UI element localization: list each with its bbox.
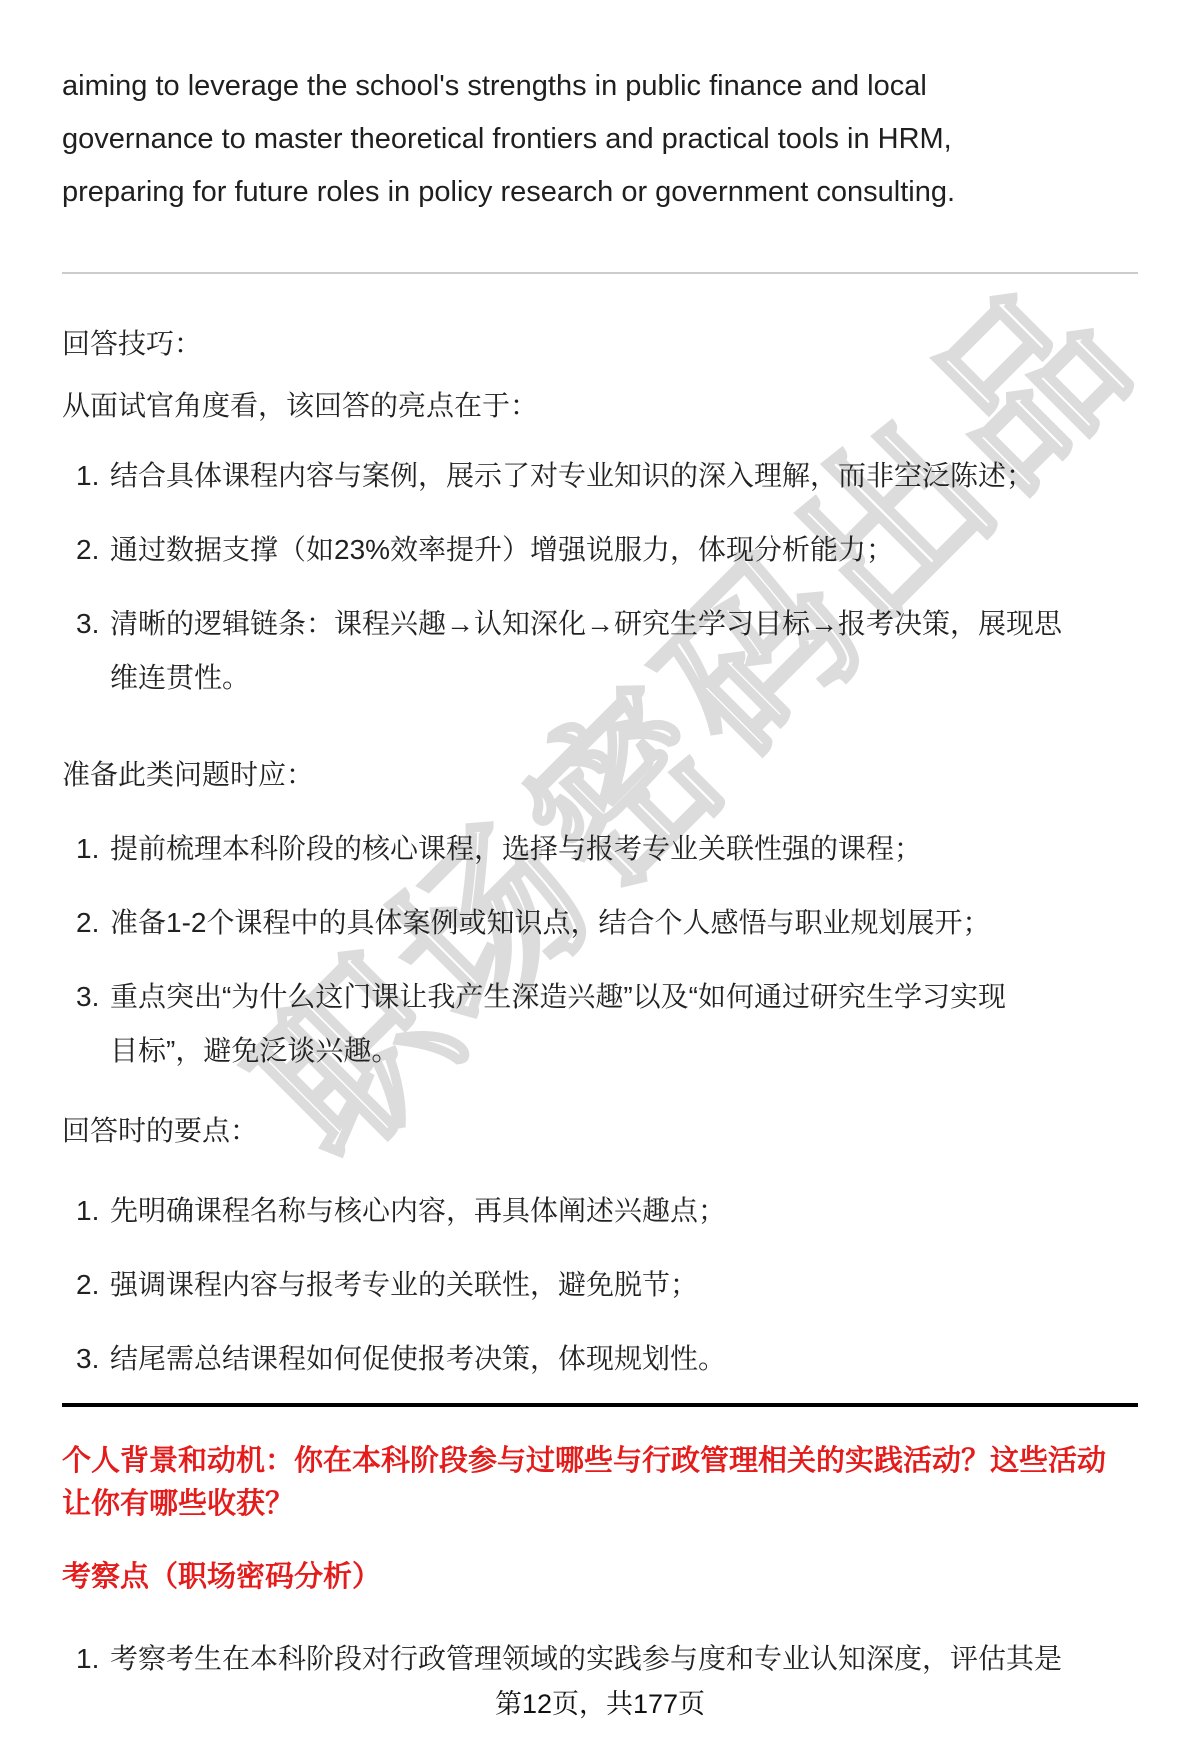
prepare-list-block: 1. 提前梳理本科阶段的核心课程，选择与报考专业关联性强的课程； 2. 准备1-… xyxy=(62,822,1138,1098)
list-item-number: 3. xyxy=(62,597,110,651)
english-paragraph: aiming to leverage the school's strength… xyxy=(62,60,1138,219)
list-item-number: 2. xyxy=(62,523,110,577)
list-item-text: 结尾需总结课程如何促使报考决策，体现规划性。 xyxy=(110,1332,1138,1386)
keypoints-list-block: 1. 先明确课程名称与核心内容，再具体阐述兴趣点； 2. 强调课程内容与报考专业… xyxy=(62,1184,1138,1406)
list-item: 2. 准备1-2个课程中的具体案例或知识点，结合个人感悟与职业规划展开； xyxy=(62,896,1138,950)
prepare-list: 1. 提前梳理本科阶段的核心课程，选择与报考专业关联性强的课程； 2. 准备1-… xyxy=(62,822,1138,1078)
list-item-text: 先明确课程名称与核心内容，再具体阐述兴趣点； xyxy=(110,1184,1138,1238)
list-item-text: 提前梳理本科阶段的核心课程，选择与报考专业关联性强的课程； xyxy=(110,822,1138,876)
keypoints-list: 1. 先明确课程名称与核心内容，再具体阐述兴趣点； 2. 强调课程内容与报考专业… xyxy=(62,1184,1138,1386)
thin-section-divider xyxy=(62,272,1138,274)
list-item-text: 结合具体课程内容与案例，展示了对专业知识的深入理解，而非空泛陈述； xyxy=(110,449,1138,503)
list-item-text: 通过数据支撑（如23%效率提升）增强说服力，体现分析能力； xyxy=(110,523,1138,577)
document-page: 职场密码出品 aiming to leverage the school's s… xyxy=(0,0,1200,1755)
next-question-block: 个人背景和动机：你在本科阶段参与过哪些与行政管理相关的实践活动？这些活动 让你有… xyxy=(62,1440,1138,1526)
list-item-number: 1. xyxy=(62,1632,110,1686)
list-item: 2. 通过数据支撑（如23%效率提升）增强说服力，体现分析能力； xyxy=(62,523,1138,577)
list-item: 2. 强调课程内容与报考专业的关联性，避免脱节； xyxy=(62,1258,1138,1312)
viewpoint-line: 从面试官角度看，该回答的亮点在于： xyxy=(62,379,1138,433)
list-item-number: 2. xyxy=(62,896,110,950)
list-item-number: 1. xyxy=(62,1184,110,1238)
list-item: 3. 结尾需总结课程如何促使报考决策，体现规划性。 xyxy=(62,1332,1138,1386)
inspect-heading-block: 考察点（职场密码分析） xyxy=(62,1556,1138,1599)
list-item: 1. 先明确课程名称与核心内容，再具体阐述兴趣点； xyxy=(62,1184,1138,1238)
list-item: 1. 结合具体课程内容与案例，展示了对专业知识的深入理解，而非空泛陈述； xyxy=(62,449,1138,503)
list-item-text: 准备1-2个课程中的具体案例或知识点，结合个人感悟与职业规划展开； xyxy=(110,896,1138,950)
inspect-heading: 考察点（职场密码分析） xyxy=(62,1556,1138,1599)
highlights-list: 1. 结合具体课程内容与案例，展示了对专业知识的深入理解，而非空泛陈述； 2. … xyxy=(62,449,1138,705)
keypoints-heading-block: 回答时的要点： xyxy=(62,1104,1138,1158)
list-item-number: 3. xyxy=(62,1332,110,1386)
list-item: 3. 清晰的逻辑链条：课程兴趣→认知深化→研究生学习目标→报考决策，展现思 维连… xyxy=(62,597,1138,705)
technique-heading: 回答技巧： xyxy=(62,317,1138,371)
english-paragraph-block: aiming to leverage the school's strength… xyxy=(62,60,1138,219)
viewpoint-line-block: 从面试官角度看，该回答的亮点在于： xyxy=(62,379,1138,433)
technique-heading-block: 回答技巧： xyxy=(62,317,1138,371)
list-item-number: 1. xyxy=(62,449,110,503)
list-item-number: 1. xyxy=(62,822,110,876)
highlights-list-block: 1. 结合具体课程内容与案例，展示了对专业知识的深入理解，而非空泛陈述； 2. … xyxy=(62,449,1138,725)
list-item-text: 重点突出“为什么这门课让我产生深造兴趣”以及“如何通过研究生学习实现 目标”，避… xyxy=(110,970,1138,1078)
inspect-list: 1. 考察考生在本科阶段对行政管理领域的实践参与度和专业认知深度，评估其是 xyxy=(62,1632,1138,1686)
list-item: 1. 考察考生在本科阶段对行政管理领域的实践参与度和专业认知深度，评估其是 xyxy=(62,1632,1138,1686)
prepare-heading-block: 准备此类问题时应： xyxy=(62,748,1138,802)
list-item: 1. 提前梳理本科阶段的核心课程，选择与报考专业关联性强的课程； xyxy=(62,822,1138,876)
list-item-number: 2. xyxy=(62,1258,110,1312)
prepare-heading: 准备此类问题时应： xyxy=(62,748,1138,802)
keypoints-heading: 回答时的要点： xyxy=(62,1104,1138,1158)
list-item-number: 3. xyxy=(62,970,110,1024)
list-item-text: 考察考生在本科阶段对行政管理领域的实践参与度和专业认知深度，评估其是 xyxy=(110,1632,1138,1686)
list-item-text: 清晰的逻辑链条：课程兴趣→认知深化→研究生学习目标→报考决策，展现思 维连贯性。 xyxy=(110,597,1138,705)
list-item: 3. 重点突出“为什么这门课让我产生深造兴趣”以及“如何通过研究生学习实现 目标… xyxy=(62,970,1138,1078)
page-number-footer: 第12页，共177页 xyxy=(0,1682,1200,1721)
next-question-heading: 个人背景和动机：你在本科阶段参与过哪些与行政管理相关的实践活动？这些活动 让你有… xyxy=(62,1440,1138,1526)
list-item-text: 强调课程内容与报考专业的关联性，避免脱节； xyxy=(110,1258,1138,1312)
